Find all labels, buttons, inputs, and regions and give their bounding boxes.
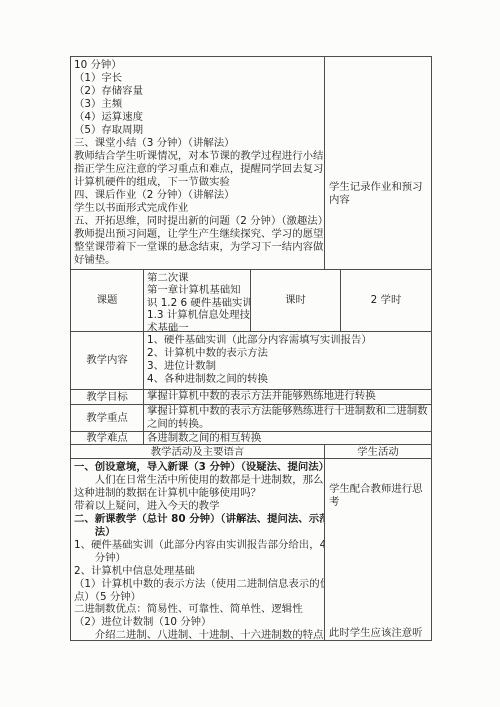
text-line: 教师提出预习问题，让学生产生继续探究、学习的愿望， bbox=[74, 228, 324, 241]
teaching-goal-text: 掌握计算机中数的表示方法并能够熟练地进行转换 bbox=[143, 390, 431, 404]
lesson-plan-table: 10 分钟）（1）字长（2）存储容量（3）主频（4）运算速度（5）存取周期三、课… bbox=[70, 56, 432, 641]
text-line: （3）主频 bbox=[74, 98, 324, 111]
row-teaching-goal: 教学目标 掌握计算机中数的表示方法并能够熟练地进行转换 bbox=[71, 389, 431, 404]
row-teaching-focus: 教学重点 掌握计算机中数的表示方法能够熟练进行十进制数和二进制数之间的转换。 bbox=[71, 404, 431, 431]
class-hours-value: 2 学时 bbox=[340, 270, 431, 331]
teacher-activity-continued-cell: 10 分钟）（1）字长（2）存储容量（3）主频（4）运算速度（5）存取周期三、课… bbox=[71, 57, 324, 269]
text-line: （4）运算速度 bbox=[74, 111, 324, 124]
text-line: 整堂课带着下一堂课的悬念结束，为学习下一结内容做 bbox=[74, 241, 324, 254]
teaching-goal-label: 教学目标 bbox=[71, 390, 143, 404]
student-activity-note-cell: 学生记录作业和预习内容 bbox=[324, 57, 431, 269]
text-line: （5）存取周期 bbox=[74, 124, 324, 137]
text-line: 带着以上疑问，进入今天的教学 bbox=[74, 500, 324, 513]
teaching-difficulty-label: 教学难点 bbox=[71, 432, 143, 444]
text-line: 这种进制的数据在计算机中能够使用吗？ bbox=[74, 487, 324, 500]
student-listening-text: 此时学生应该注意听 bbox=[329, 627, 429, 640]
text-line: 好铺垫。 bbox=[74, 254, 324, 267]
teaching-focus-label: 教学重点 bbox=[71, 405, 143, 431]
student-thinking-text: 学生配合教师进行思考 bbox=[329, 483, 429, 509]
teacher-activity-cell: 一、创设意境，导入新课（3 分钟）（设疑法、提问法） 人们在日常生活中所使用的数… bbox=[71, 459, 324, 641]
text-line: 第一章计算机基础知 bbox=[147, 284, 250, 296]
text-line: 2、计算机中信息处理基础 bbox=[74, 565, 324, 578]
row-teaching-content: 教学内容 1、硬件基础实训（此部分内容需填写实训报告）2、计算机中数的表示方法3… bbox=[71, 331, 431, 389]
text-line: 掌握计算机中数的表示方法并能够熟练地进行转换 bbox=[147, 390, 431, 403]
text-line: 二进制数优点：简易性、可靠性、简单性、逻辑性 bbox=[74, 603, 324, 616]
text-line: 各进制数之间的相互转换 bbox=[147, 432, 431, 444]
text-line: 第二次课 bbox=[147, 272, 250, 284]
teaching-content-list: 1、硬件基础实训（此部分内容需填写实训报告）2、计算机中数的表示方法3、进位计数… bbox=[143, 332, 431, 389]
text-line: 人们在日常生活中所使用的数都是十进制数，那么 bbox=[74, 474, 324, 487]
text-line: 计算机硬件的组成，下一节做实验 bbox=[74, 176, 324, 189]
text-line: 教师结合学生听课情况，对本节课的教学过程进行小结， bbox=[74, 150, 324, 163]
teaching-focus-text: 掌握计算机中数的表示方法能够熟练进行十进制数和二进制数之间的转换。 bbox=[143, 405, 431, 431]
text-line: 之间的转换。 bbox=[147, 418, 431, 431]
spacer bbox=[329, 509, 429, 627]
text-line: 2、计算机中数的表示方法 bbox=[147, 347, 431, 360]
text-line: 三、课堂小结（3 分钟）（讲解法） bbox=[74, 137, 324, 150]
text-line: 1、硬件基础实训（此部分内容需填写实训报告） bbox=[147, 334, 431, 347]
text-line: 掌握计算机中数的表示方法能够熟练进行十进制数和二进制数 bbox=[147, 405, 431, 418]
row-activity-header: 教学活动及主要语言 学生活动 bbox=[71, 444, 431, 458]
row-teaching-difficulty: 教学难点 各进制数之间的相互转换 bbox=[71, 431, 431, 444]
teaching-difficulty-text: 各进制数之间的相互转换 bbox=[143, 432, 431, 444]
text-line: 介绍二进制、八进制、十进制、十六进制数的特点和 bbox=[74, 629, 324, 641]
student-activity-cell: 学生配合教师进行思考 此时学生应该注意听 bbox=[324, 459, 431, 641]
text-line: 1、硬件基础实训（此部分内容由实训报告部分给出，45 bbox=[74, 539, 324, 552]
teaching-content-label: 教学内容 bbox=[71, 332, 143, 389]
text-line: 分钟） bbox=[74, 552, 324, 565]
text-line: 4、各种进制数之间的转换 bbox=[147, 373, 431, 386]
row-lesson-title: 课题 第二次课第一章计算机基础知识 1.2 6 硬件基础实训1.3 计算机信息处… bbox=[71, 269, 431, 331]
row-activity-body: 一、创设意境，导入新课（3 分钟）（设疑法、提问法） 人们在日常生活中所使用的数… bbox=[71, 458, 431, 641]
text-line: 3、进位计数制 bbox=[147, 360, 431, 373]
activity-header-left: 教学活动及主要语言 bbox=[71, 445, 324, 458]
lesson-title-content: 第二次课第一章计算机基础知识 1.2 6 硬件基础实训1.3 计算机信息处理技术… bbox=[143, 270, 250, 331]
text-line: 点）（5 分钟） bbox=[74, 591, 324, 604]
text-line: 学生以书面形式完成作业 bbox=[74, 202, 324, 215]
class-hours-label: 课时 bbox=[250, 270, 340, 331]
student-note-text: 学生记录作业和预习内容 bbox=[325, 181, 431, 207]
text-line: （2）存储容量 bbox=[74, 85, 324, 98]
text-line: 术基础一 bbox=[147, 322, 250, 331]
text-line: 五、开拓思维，同时提出新的问题（2 分钟）（激趣法） bbox=[74, 215, 324, 228]
text-line: 识 1.2 6 硬件基础实训 bbox=[147, 297, 250, 309]
text-line: 10 分钟） bbox=[74, 59, 324, 72]
row-previous-lesson-summary: 10 分钟）（1）字长（2）存储容量（3）主频（4）运算速度（5）存取周期三、课… bbox=[71, 57, 431, 269]
text-line: 指正学生应注意的学习重点和难点，提醒同学回去复习 bbox=[74, 163, 324, 176]
text-line: （2）进位计数制（10 分钟） bbox=[74, 616, 324, 629]
activity-header-right: 学生活动 bbox=[324, 445, 431, 458]
text-line: 法） bbox=[74, 526, 324, 539]
document-page: 10 分钟）（1）字长（2）存储容量（3）主频（4）运算速度（5）存取周期三、课… bbox=[0, 0, 500, 707]
text-line: 一、创设意境，导入新课（3 分钟）（设疑法、提问法） bbox=[74, 461, 324, 474]
text-line: 二、新课教学（总计 80 分钟）（讲解法、提问法、示范 bbox=[74, 513, 324, 526]
text-line: （1）计算机中数的表示方法（使用二进制信息表示的优 bbox=[74, 578, 324, 591]
text-line: （1）字长 bbox=[74, 72, 324, 85]
text-line: 四、课后作业（2 分钟）（讲解法） bbox=[74, 189, 324, 202]
text-line: 1.3 计算机信息处理技 bbox=[147, 309, 250, 321]
lesson-title-label: 课题 bbox=[71, 270, 143, 331]
